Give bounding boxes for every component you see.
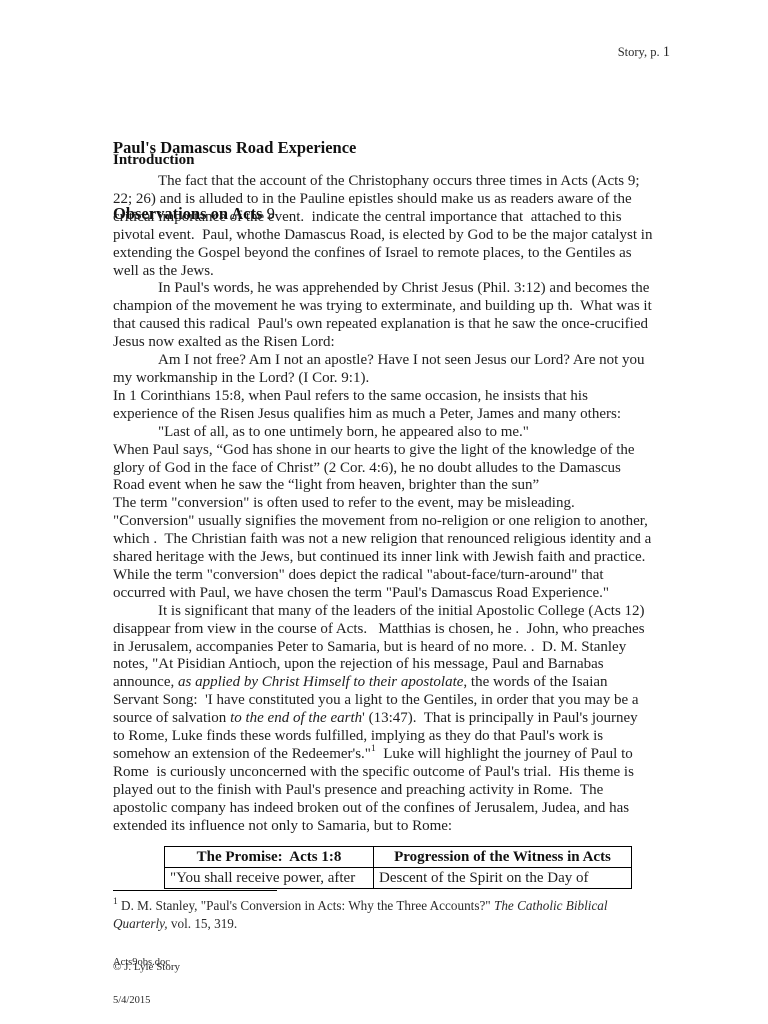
footnote: 1 D. M. Stanley, "Paul's Conversion in A… (113, 897, 608, 933)
body-line: extending the Gospel beyond the confines… (113, 245, 652, 263)
body-line: While the term "conversion" does depict … (113, 567, 652, 585)
body-line: source of salvation to the end of the ea… (113, 710, 652, 728)
body-line: In 1 Corinthians 15:8, when Paul refers … (113, 388, 652, 406)
body-line: The fact that the account of the Christo… (113, 173, 652, 191)
footer-copyright: © J. Lyle Story (113, 961, 180, 973)
table-header-cell: The Promise: Acts 1:8 (165, 847, 374, 868)
footer-file-info: Acts9obs.doc 5/4/2015 (113, 932, 170, 1024)
body-line: announce, as applied by Christ Himself t… (113, 674, 652, 692)
header-text: Story, p. (618, 45, 663, 59)
body-line: notes, "At Pisidian Antioch, upon the re… (113, 656, 652, 674)
body-line: In Paul's words, he was apprehended by C… (113, 280, 652, 298)
table-header-cell: Progression of the Witness in Acts (374, 847, 632, 868)
body-line: shared heritage with the Jews, but conti… (113, 549, 652, 567)
body-line: that caused this radical Paul's own repe… (113, 316, 652, 334)
body-line: Road event when he saw the “light from h… (113, 477, 652, 495)
body-line: critical importance of the event. indica… (113, 209, 652, 227)
footnote-line: Quarterly, vol. 15, 319. (113, 915, 608, 933)
body-line: occurred with Paul, we have chosen the t… (113, 585, 652, 603)
body-line: which . The Christian faith was not a ne… (113, 531, 652, 549)
footnote-separator (113, 890, 277, 891)
body-line: Rome is curiously unconcerned with the s… (113, 764, 652, 782)
table-row: "You shall receive power, afterDescent o… (165, 868, 632, 889)
body-line: Am I not free? Am I not an apostle? Have… (113, 352, 652, 370)
document-page: Story, p. 1 Paul's Damascus Road Experie… (0, 0, 768, 1024)
body-line: somehow an extension of the Redeemer's."… (113, 746, 652, 764)
body-line: It is significant that many of the leade… (113, 603, 652, 621)
body-text: The fact that the account of the Christo… (113, 173, 652, 836)
body-line: 22; 26) and is alluded to in the Pauline… (113, 191, 652, 209)
body-line: played out to the finish with Paul's pre… (113, 782, 652, 800)
body-line: apostolic company has indeed broken out … (113, 800, 652, 818)
body-line: disappear from view in the course of Act… (113, 621, 652, 639)
body-line: pivotal event. Paul, whothe Damascus Roa… (113, 227, 652, 245)
table-cell: Descent of the Spirit on the Day of (374, 868, 632, 889)
body-line: When Paul says, “God has shone in our he… (113, 442, 652, 460)
body-line: Jesus now exalted as the Risen Lord: (113, 334, 652, 352)
section-heading-introduction: Introduction (113, 152, 194, 169)
body-line: Servant Song: 'I have constituted you a … (113, 692, 652, 710)
table-cell: "You shall receive power, after (165, 868, 374, 889)
page-header: Story, p. 1 (618, 44, 670, 61)
body-line: The term "conversion" is often used to r… (113, 495, 652, 513)
body-line: well as the Jews. (113, 263, 652, 281)
promise-table: The Promise: Acts 1:8Progression of the … (164, 846, 632, 889)
body-line: "Conversion" usually signifies the movem… (113, 513, 652, 531)
body-line: in Jerusalem, accompanies Peter to Samar… (113, 639, 652, 657)
footer-date: 5/4/2015 (113, 995, 170, 1008)
table-header-row: The Promise: Acts 1:8Progression of the … (165, 847, 632, 868)
body-line: experience of the Risen Jesus qualifies … (113, 406, 652, 424)
footnote-reference: 1 (371, 744, 376, 754)
footnote-line: 1 D. M. Stanley, "Paul's Conversion in A… (113, 897, 608, 915)
body-line: glory of God in the face of Christ” (2 C… (113, 460, 652, 478)
body-line: "Last of all, as to one untimely born, h… (113, 424, 652, 442)
body-line: to Rome, Luke finds these words fulfille… (113, 728, 652, 746)
body-line: extended its influence not only to Samar… (113, 818, 652, 836)
body-line: my workmanship in the Lord? (I Cor. 9:1)… (113, 370, 652, 388)
body-line: champion of the movement he was trying t… (113, 298, 652, 316)
page-number: 1 (663, 44, 670, 60)
footnote-reference: 1 (113, 897, 118, 907)
